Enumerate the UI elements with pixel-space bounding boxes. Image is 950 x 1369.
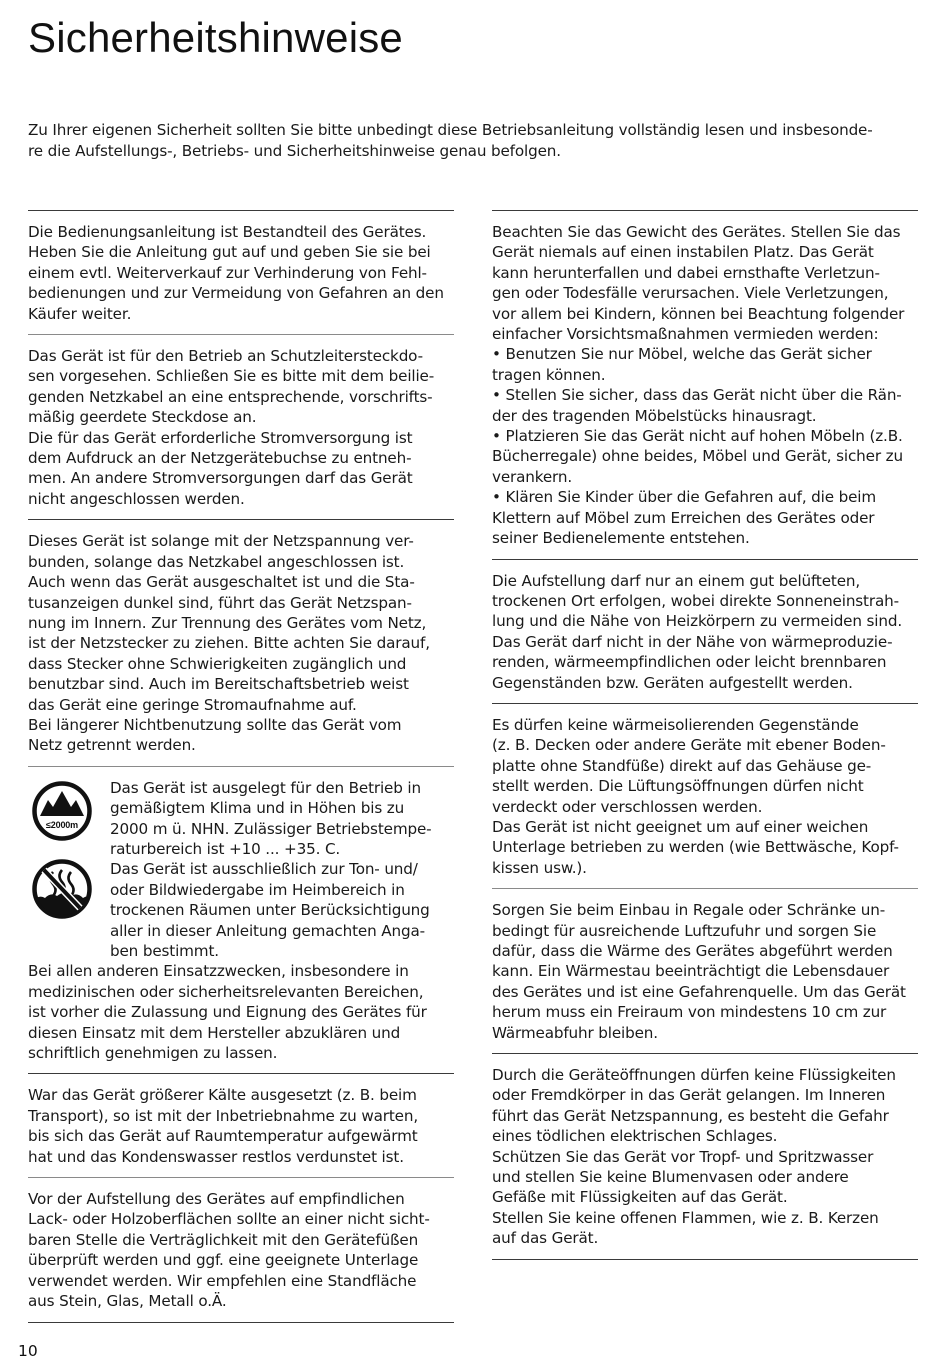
notice-sensitive-surfaces: Vor der Aufstellung des Gerätes auf empf… <box>28 1178 454 1321</box>
notice-manual-part-of-device: Die Bedienungsanleitung ist Bestandteil … <box>28 211 454 334</box>
notice-ventilation-location: Die Aufstellung darf nur an einem gut be… <box>492 560 918 703</box>
notice-liquids-flames: Durch die Geräteöffnungen dürfen keine F… <box>492 1054 918 1259</box>
page-title: Sicherheitshinweise <box>28 14 403 62</box>
notice-no-insulating-objects: Es dürfen keine wärmeisolierenden Gegens… <box>492 704 918 888</box>
svg-text:≤2000m: ≤2000m <box>46 820 78 830</box>
notice-cold-condensation: War das Gerät größerer Kälte ausgesetzt … <box>28 1074 454 1177</box>
intro-paragraph: Zu Ihrer eigenen Sicherheit sollten Sie … <box>28 120 928 162</box>
other-uses-text: Bei allen anderen Einsatzzwecken, insbes… <box>28 961 454 1063</box>
climate-altitude-text: Das Gerät ist ausgelegt für den Betrieb … <box>110 778 431 962</box>
altitude-2000m-icon: ≤2000m <box>31 780 93 842</box>
notice-weight-stability: Beachten Sie das Gewicht des Gerätes. St… <box>492 211 918 559</box>
divider <box>492 1259 918 1260</box>
notice-grounded-outlet: Das Gerät ist für den Betrieb an Schutzl… <box>28 335 454 519</box>
right-column: Beachten Sie das Gewicht des Gerätes. St… <box>492 210 918 1260</box>
left-column: Die Bedienungsanleitung ist Bestandteil … <box>28 210 454 1323</box>
notice-cabinet-installation: Sorgen Sie beim Einbau in Regale oder Sc… <box>492 889 918 1053</box>
divider <box>28 1322 454 1323</box>
icon-stack: ≤2000m <box>28 778 110 962</box>
no-tropical-climate-icon <box>31 858 93 920</box>
notice-climate-altitude: ≤2000m Das Gerät ist ausgelegt für den B… <box>28 767 454 1074</box>
notice-mains-connection: Dieses Gerät ist solange mit der Netzspa… <box>28 520 454 765</box>
page-number: 10 <box>18 1342 38 1360</box>
